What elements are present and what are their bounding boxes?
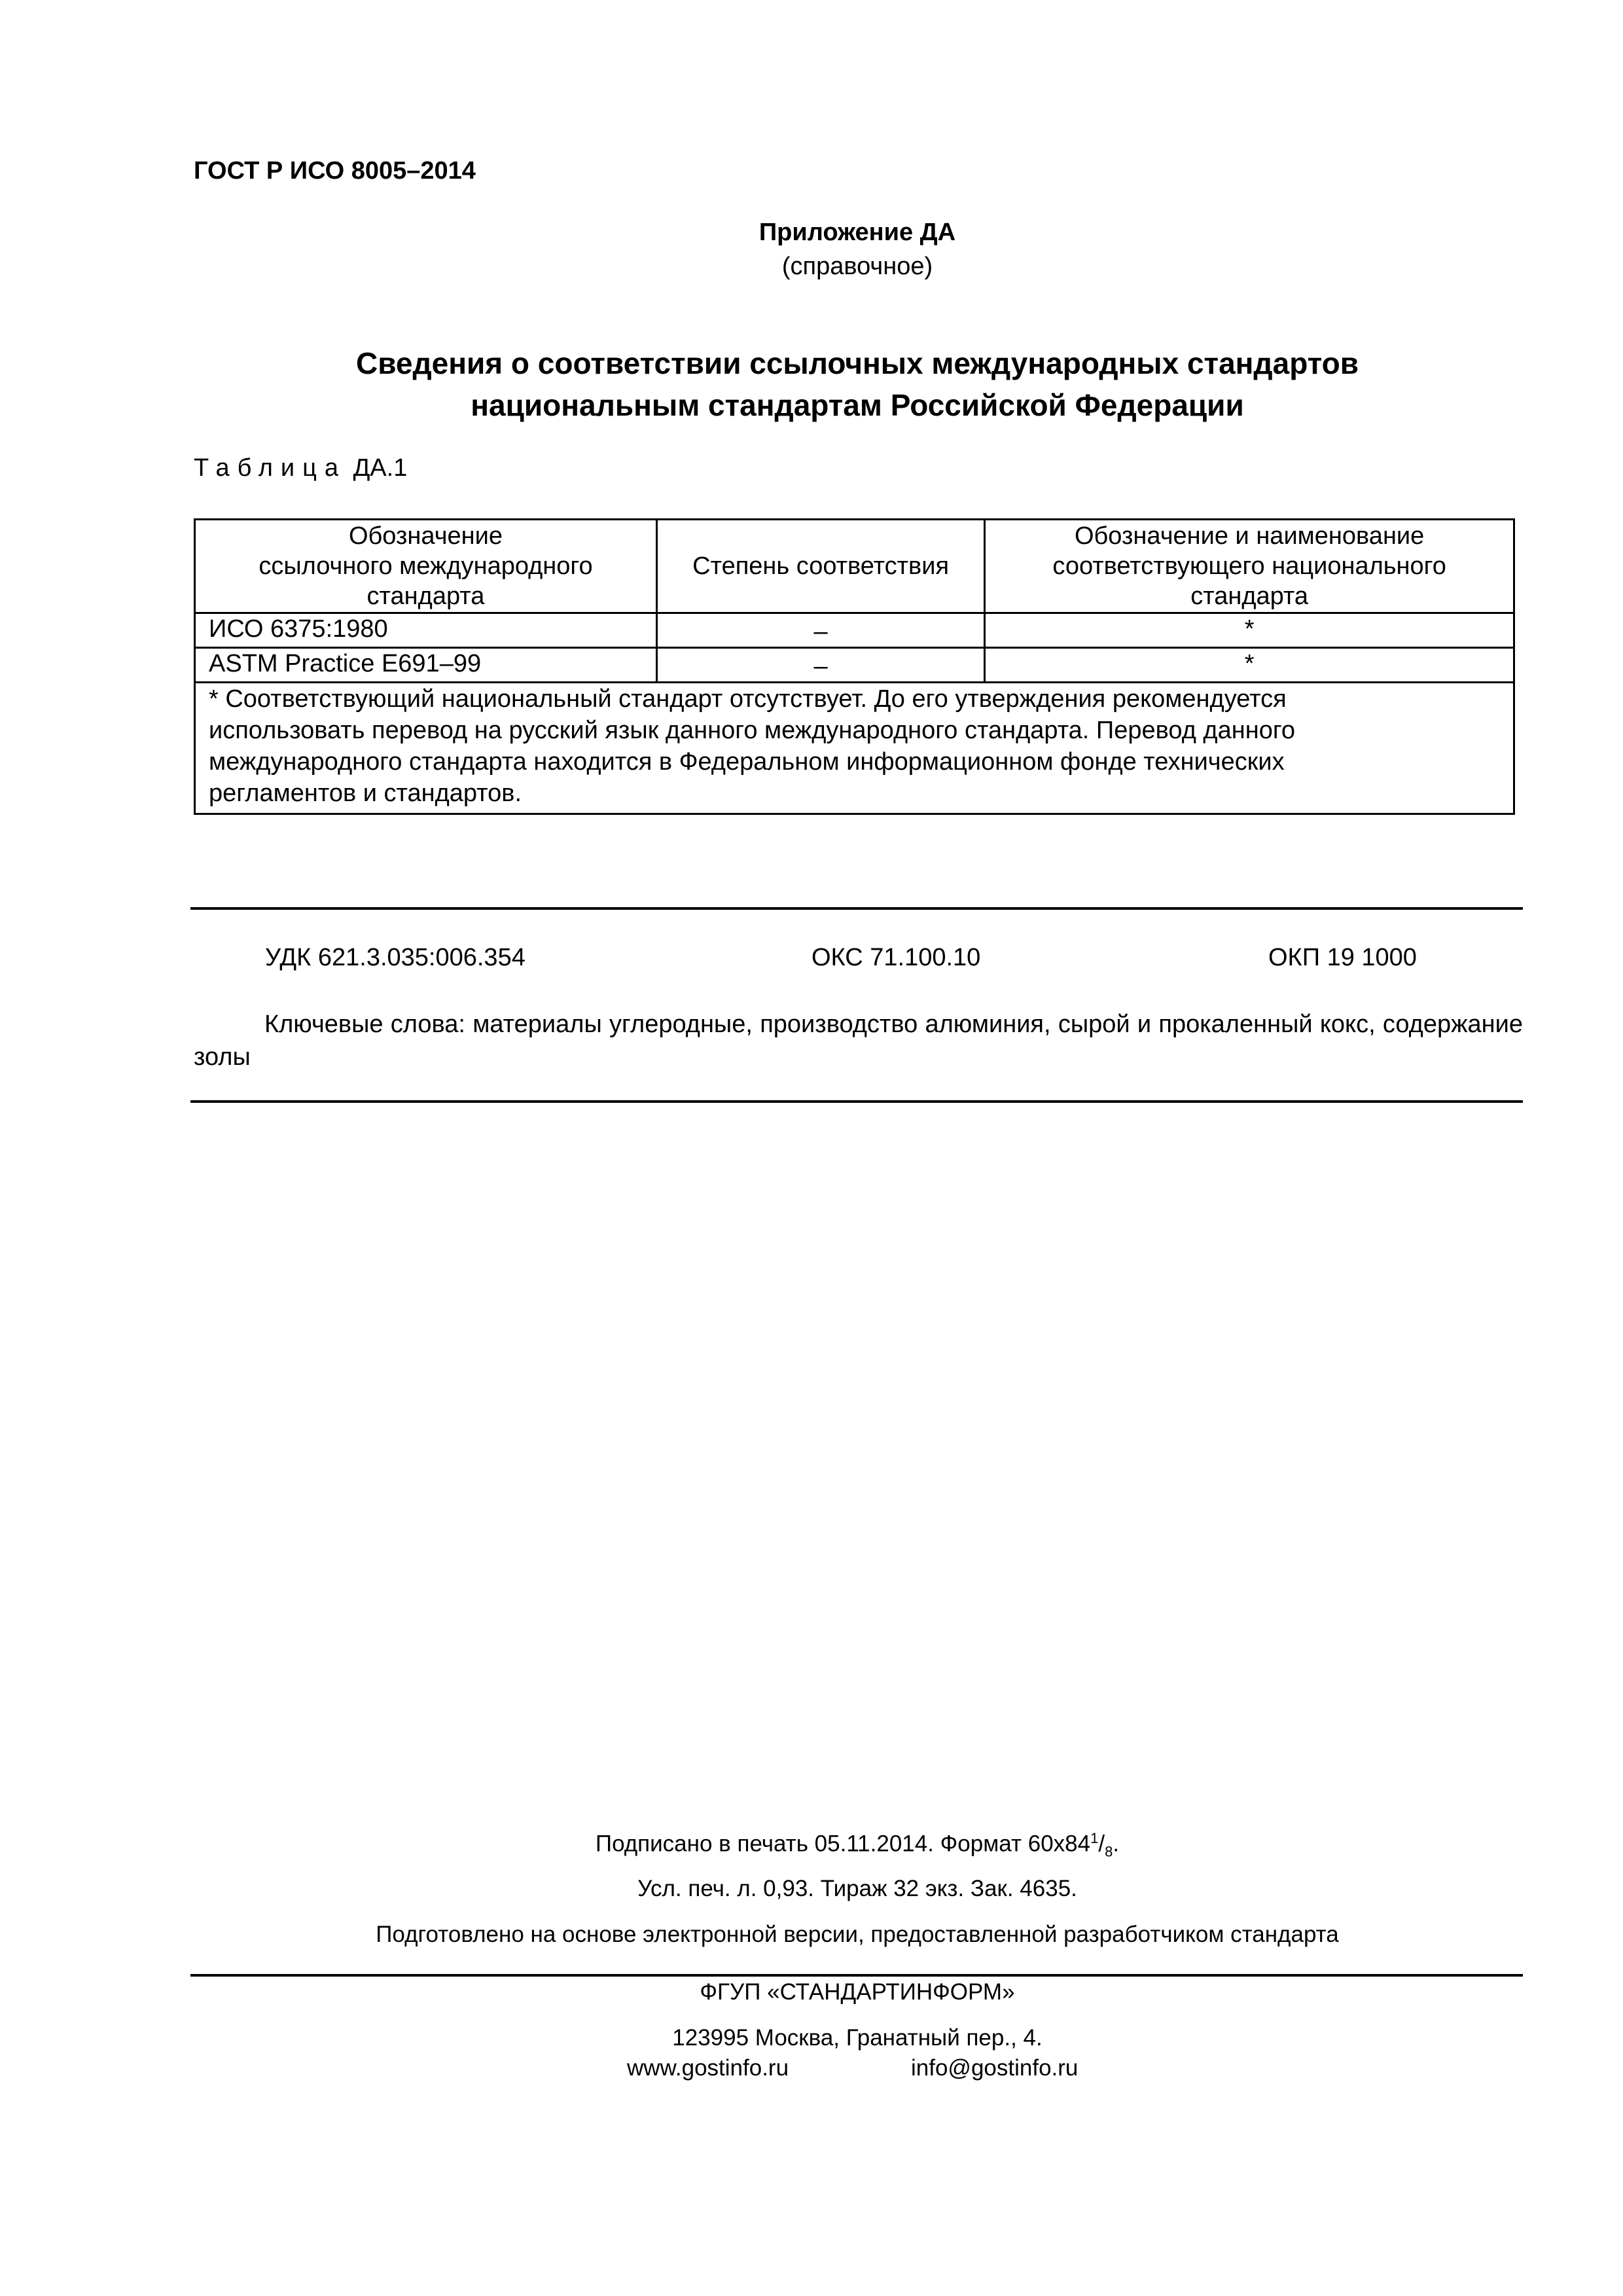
okp-code: ОКП 19 1000 xyxy=(1268,944,1417,972)
column-header-national: Обозначение и наименование соответствующ… xyxy=(985,520,1514,613)
cell-standard: ИСО 6375:1980 xyxy=(195,613,657,648)
imprint-signed: Подписано в печать 05.11.2014. Формат 60… xyxy=(0,1830,1623,1861)
column-header-degree: Степень соответствия xyxy=(656,520,984,613)
keywords-text: Ключевые слова: материалы углеродные, пр… xyxy=(194,1011,1523,1071)
udk-code: УДК 621.3.035:006.354 xyxy=(265,944,526,972)
cell-degree: – xyxy=(656,648,984,683)
table-row: ASTM Practice E691–99 – * xyxy=(195,648,1514,683)
correspondence-table: Обозначение ссылочного международного ст… xyxy=(194,518,1515,815)
table-note-row: * Соответствующий национальный стандарт … xyxy=(195,683,1514,814)
imprint-prepared: Подготовлено на основе электронной верси… xyxy=(0,1922,1623,1948)
table-caption: Таблица ДА.1 xyxy=(194,454,407,482)
imprint-print-info: Усл. печ. л. 0,93. Тираж 32 экз. Зак. 46… xyxy=(0,1876,1623,1902)
table-header-row: Обозначение ссылочного международного ст… xyxy=(195,520,1514,613)
publisher-email[interactable]: info@gostinfo.ru xyxy=(911,2055,1078,2081)
oks-code: ОКС 71.100.10 xyxy=(811,944,980,972)
publisher-name: ФГУП «СТАНДАРТИНФОРМ» xyxy=(0,1979,1623,2005)
main-title-line-1: Сведения о соответствии ссылочных междун… xyxy=(92,342,1623,384)
table-caption-prefix: Таблица xyxy=(194,454,346,482)
divider-top xyxy=(190,907,1523,910)
divider-bottom xyxy=(190,1100,1523,1103)
cell-standard: ASTM Practice E691–99 xyxy=(195,648,657,683)
cell-degree: – xyxy=(656,613,984,648)
table-caption-id: ДА.1 xyxy=(353,454,408,482)
table-footnote: * Соответствующий национальный стандарт … xyxy=(195,683,1514,814)
publisher-website[interactable]: www.gostinfo.ru xyxy=(627,2055,789,2081)
main-title: Сведения о соответствии ссылочных междун… xyxy=(0,342,1623,426)
cell-national: * xyxy=(985,648,1514,683)
keywords: Ключевые слова: материалы углеродные, пр… xyxy=(194,1008,1523,1073)
document-code: ГОСТ Р ИСО 8005–2014 xyxy=(194,157,476,185)
table-row: ИСО 6375:1980 – * xyxy=(195,613,1514,648)
divider-imprint xyxy=(190,1974,1523,1977)
publisher-address: 123995 Москва, Гранатный пер., 4. xyxy=(0,2025,1623,2051)
cell-national: * xyxy=(985,613,1514,648)
appendix-title: Приложение ДА xyxy=(0,219,1623,247)
column-header-standard: Обозначение ссылочного международного ст… xyxy=(195,520,657,613)
appendix-subtitle: (справочное) xyxy=(0,253,1623,281)
main-title-line-2: национальным стандартам Российской Федер… xyxy=(92,384,1623,426)
